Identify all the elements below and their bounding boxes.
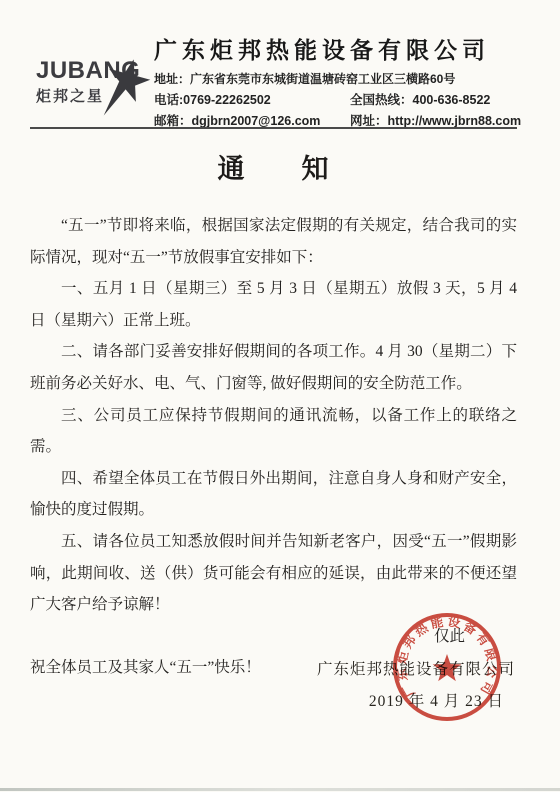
company-hotline: 全国热线：400-636-8522 xyxy=(350,90,490,108)
letterhead-divider xyxy=(30,127,517,129)
scanned-notice-document: JUBANG 炬邦之星 广东炬邦热能设备有限公司 地址：广东省东莞市东城街道温塘… xyxy=(0,0,560,792)
company-phone-row: 电话:0769-22262502 全国热线：400-636-8522 xyxy=(154,90,530,108)
logo-star-icon xyxy=(102,54,152,120)
seal-star-icon xyxy=(433,654,462,681)
notice-paragraph: 二、请各部门妥善安排好假期间的各项工作。4 月 30（星期二）下班前务必关好水、… xyxy=(30,336,517,399)
notice-paragraph: “五一”节即将来临，根据国家法定假期的有关规定，结合我司的实际情况，现对“五一”… xyxy=(30,210,517,273)
notice-paragraph: 四、希望全体员工在节假日外出期间，注意自身人身和财产安全，愉快的度过假期。 xyxy=(30,463,517,526)
company-address: 地址：广东省东莞市东城街道温塘砖窑工业区三横路60号 xyxy=(154,70,530,87)
notice-paragraph: 五、请各位员工知悉放假时间并告知新老客户，因受“五一”假期影响，此期间收、送（供… xyxy=(30,526,517,621)
company-name: 广东炬邦热能设备有限公司 xyxy=(154,32,530,65)
notice-paragraph: 三、公司员工应保持节假期间的通讯流畅，以备工作上的联络之需。 xyxy=(30,400,517,463)
company-info-block: 广东炬邦热能设备有限公司 地址：广东省东莞市东城街道温塘砖窑工业区三横路60号 … xyxy=(154,32,530,129)
notice-title: 通 知 xyxy=(30,148,517,190)
letterhead: JUBANG 炬邦之星 广东炬邦热能设备有限公司 地址：广东省东莞市东城街道温塘… xyxy=(0,0,560,128)
company-phone: 电话:0769-22262502 xyxy=(154,90,350,108)
notice-paragraph: 一、五月 1 日（星期三）至 5 月 3 日（星期五）放假 3 天，5 月 4 … xyxy=(30,273,517,336)
company-seal: 广东炬邦热能设备有限公司 xyxy=(391,611,503,723)
scan-bottom-edge xyxy=(0,788,560,791)
notice-body: 通 知 “五一”节即将来临，根据国家法定假期的有关规定，结合我司的实际情况，现对… xyxy=(30,148,517,684)
